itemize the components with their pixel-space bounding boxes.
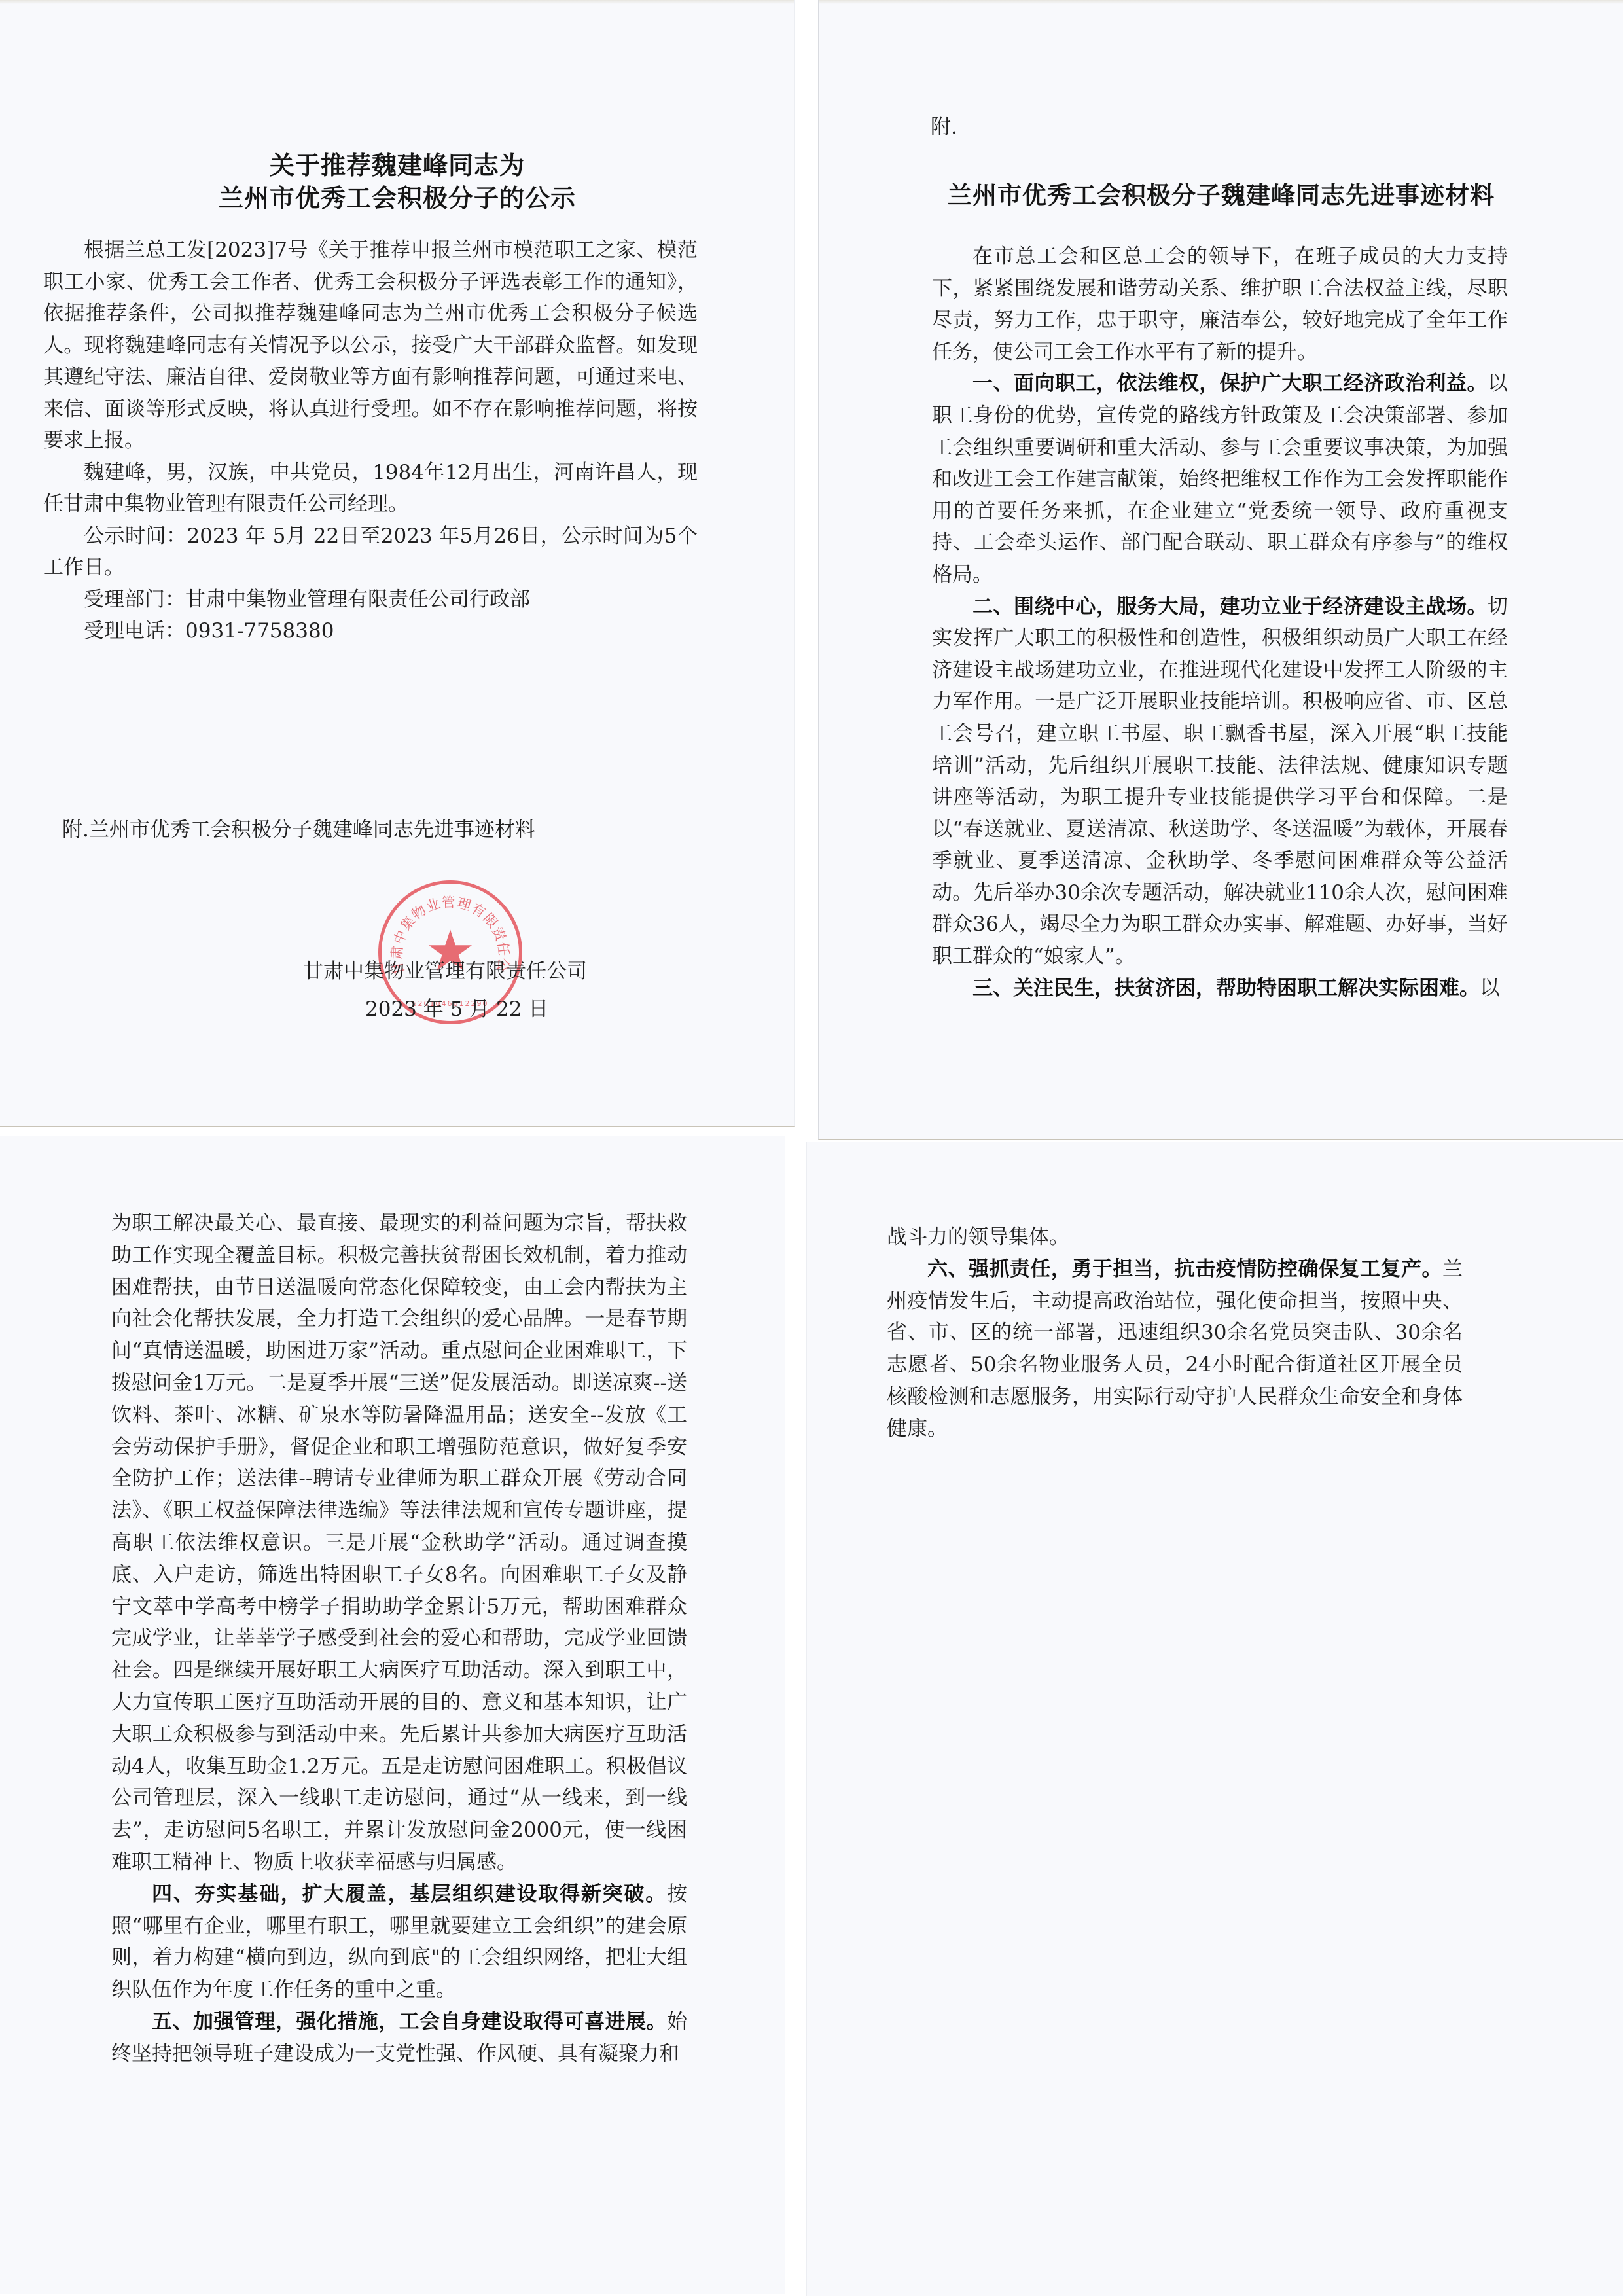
section-3-body-start: 以	[1480, 977, 1500, 1000]
signature-organization: 甘肃中集物业管理有限责任公司	[303, 956, 587, 987]
notice-attachment-ref: 附.兰州市优秀工会积极分子魏建峰同志先进事迹材料	[62, 814, 535, 846]
section-1-body: 以职工身份的优势，宣传党的路线方针政策及工会决策部署、参加工会组织重要调研和重大…	[932, 372, 1508, 586]
section-2-body: 切实发挥广大职工的积极性和创造性，积极组织动员广大职工在经济建设主战场建功立业，…	[932, 595, 1508, 969]
section-6: 六、强抓责任，勇于担当，抗击疫情防控确保复工复产。兰州疫情发生后，主动提高政治站…	[887, 1253, 1463, 1445]
page-public-notice: 关于推荐魏建峰同志为 兰州市优秀工会积极分子的公示 根据兰总工发[2023]7号…	[0, 0, 795, 1127]
section-6-heading: 六、强抓责任，勇于担当，抗击疫情防控确保复工复产。	[927, 1257, 1442, 1281]
section-5-heading: 五、加强管理，强化措施，工会自身建设取得可喜进展。	[152, 2010, 667, 2034]
page-deeds-3: 战斗力的领导集体。 六、强抓责任，勇于担当，抗击疫情防控确保复工复产。兰州疫情发…	[806, 1142, 1623, 2296]
notice-paragraph-period: 公示时间：2023 年 5月 22日至2023 年5月26日，公示时间为5个工作…	[43, 520, 698, 584]
section-1: 一、面向职工，依法维权，保护广大职工经济政治利益。以职工身份的优势，宣传党的路线…	[932, 368, 1508, 590]
notice-body: 根据兰总工发[2023]7号《关于推荐申报兰州市模范职工之家、模范职工小家、优秀…	[43, 234, 698, 647]
deeds-intro: 在市总工会和区总工会的领导下，在班子成员的大力支持下，紧紧围绕发展和谐劳动关系、…	[932, 241, 1508, 368]
deeds-body-1: 在市总工会和区总工会的领导下，在班子成员的大力支持下，紧紧围绕发展和谐劳动关系、…	[932, 241, 1508, 1004]
section-1-heading: 一、面向职工，依法维权，保护广大职工经济政治利益。	[972, 372, 1488, 395]
deeds-body-3: 战斗力的领导集体。 六、强抓责任，勇于担当，抗击疫情防控确保复工复产。兰州疫情发…	[887, 1221, 1463, 1445]
attachment-label: 附.	[931, 111, 957, 143]
section-3-start: 三、关注民生，扶贫济困，帮助特困职工解决实际困难。以	[932, 973, 1508, 1005]
deeds-title: 兰州市优秀工会积极分子魏建峰同志先进事迹材料	[819, 175, 1623, 211]
page-deeds-1: 附. 兰州市优秀工会积极分子魏建峰同志先进事迹材料 在市总工会和区总工会的领导下…	[818, 0, 1623, 1140]
scan-edge	[0, 0, 794, 4]
section-2-heading: 二、围绕中心，服务大局，建功立业于经济建设主战场。	[972, 595, 1488, 619]
signature-date: 2023 年 5 月 22 日	[365, 994, 548, 1025]
section-4-heading: 四、夯实基础，扩大履盖，基层组织建设取得新突破。	[152, 1882, 667, 1906]
section-3-body-continued: 为职工解决最关心、最直接、最现实的利益问题为宗旨，帮扶救助工作实现全覆盖目标。积…	[111, 1208, 687, 1878]
notice-paragraph-basis: 根据兰总工发[2023]7号《关于推荐申报兰州市模范职工之家、模范职工小家、优秀…	[43, 234, 698, 457]
section-3-heading: 三、关注民生，扶贫济困，帮助特困职工解决实际困难。	[972, 977, 1480, 1000]
scan-edge	[819, 0, 1623, 4]
page-deeds-2: 为职工解决最关心、最直接、最现实的利益问题为宗旨，帮扶救助工作实现全覆盖目标。积…	[0, 1136, 785, 2294]
notice-title-line-2: 兰州市优秀工会积极分子的公示	[0, 178, 794, 214]
notice-phone: 受理电话：0931-7758380	[43, 615, 698, 647]
section-6-body: 兰州疫情发生后，主动提高政治站位，强化使命担当，按照中央、省、市、区的统一部署，…	[887, 1257, 1463, 1441]
notice-paragraph-candidate: 魏建峰，男，汉族，中共党员，1984年12月出生，河南许昌人，现任甘肃中集物业管…	[43, 457, 698, 520]
section-2: 二、围绕中心，服务大局，建功立业于经济建设主战场。切实发挥广大职工的积极性和创造…	[932, 591, 1508, 973]
section-5: 五、加强管理，强化措施，工会自身建设取得可喜进展。始终坚持把领导班子建设成为一支…	[111, 2006, 687, 2070]
notice-dept: 受理部门：甘肃中集物业管理有限责任公司行政部	[43, 584, 698, 616]
notice-title-line-1: 关于推荐魏建峰同志为	[0, 145, 794, 181]
deeds-body-2: 为职工解决最关心、最直接、最现实的利益问题为宗旨，帮扶救助工作实现全覆盖目标。积…	[111, 1208, 687, 2070]
section-4: 四、夯实基础，扩大履盖，基层组织建设取得新突破。按照“哪里有企业，哪里有职工，哪…	[111, 1878, 687, 2006]
section-5-body-continued: 战斗力的领导集体。	[887, 1221, 1463, 1253]
